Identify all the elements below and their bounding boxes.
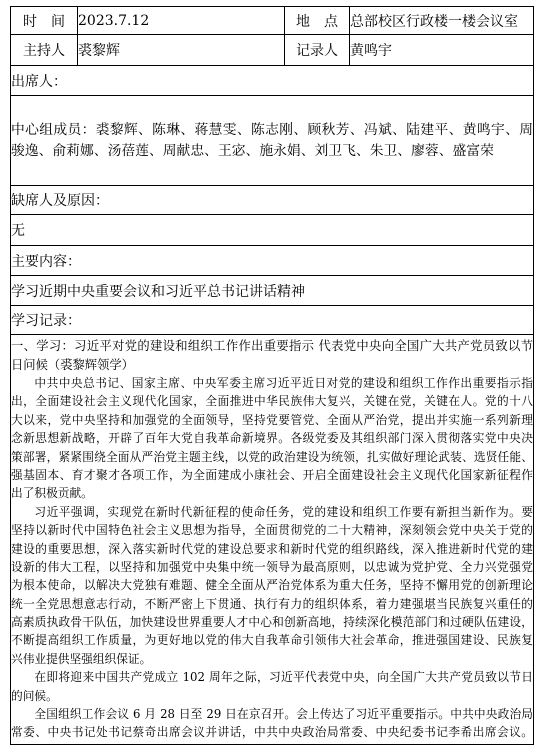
attendees-label: 出席人： <box>11 66 534 96</box>
row-absentees-value: 无 <box>11 215 534 246</box>
row-host-recorder: 主持人 裘黎辉 记录人 黄鸣宇 <box>11 35 534 66</box>
host-label: 主持人 <box>11 35 78 66</box>
record-line: 坚持以新时代中国特色社会主义思想为指导，全面贯彻党的二十大精神，深刻领会党中央关… <box>11 521 533 539</box>
row-main-content-value: 学习近期中央重要会议和习近平总书记讲话精神 <box>11 276 534 306</box>
record-line: 的问候。 <box>11 687 533 705</box>
record-paragraph: 习近平强调，实现党在新时代新征程的使命任务，党的建设和组织工作要有新担当新作为。… <box>11 503 533 669</box>
absentees-value: 无 <box>11 215 534 246</box>
row-study-record: 一、学习：习近平对党的建设和组织工作作出重要指示 代表党中央向全国广大共产党员致… <box>11 335 534 745</box>
record-heading: 一、学习：习近平对党的建设和组织工作作出重要指示 代表党中央向全国广大共产党员致… <box>11 337 533 374</box>
record-line: 常委、中央书记处书记蔡奇出席会议并讲话，中共中央政治局常委、中央纪委书记李希出席… <box>11 723 533 741</box>
main-content-label: 主要内容： <box>11 246 534 276</box>
location-value: 总部校区行政楼一楼会议室 <box>350 7 534 35</box>
record-paragraph: 在即将迎来中国共产党成立 102 周年之际，习近平代表党中央，向全国广大共产党员… <box>11 668 533 705</box>
attendees-line: 中心组成员：裘黎辉、陈琳、蒋慧雯、陈志刚、顾秋芳、冯斌、陆建平、黄鸣宇、周 <box>11 120 533 141</box>
record-line: 出了积极贡献。 <box>11 484 533 502</box>
meeting-record-table: 时 间 2023.7.12 地 点 总部校区行政楼一楼会议室 主持人 裘黎辉 记… <box>10 6 534 745</box>
record-line: 习近平强调，实现党在新时代新征程的使命任务，党的建设和组织工作要有新担当新作为。… <box>11 503 533 521</box>
record-line: 出，全面建设社会主义现代化国家，全面推进中华民族伟大复兴，关键在党，关键在人。党… <box>11 392 533 410</box>
record-line: 中共中央总书记、国家主席、中央军委主席习近平近日对党的建设和组织工作作出重要指示… <box>11 374 533 392</box>
record-line: 统一全党思想意志行动，不断严密上下贯通、执行有力的组织体系，着力建强堪当民族复兴… <box>11 595 533 613</box>
study-record-label: 学习记录： <box>11 306 534 335</box>
time-value: 2023.7.12 <box>78 7 285 35</box>
record-line: 兴伟业提供坚强组织保证。 <box>11 650 533 668</box>
recorder-label: 记录人 <box>285 35 350 66</box>
recorder-value: 黄鸣宇 <box>350 35 534 66</box>
study-record-body: 一、学习：习近平对党的建设和组织工作作出重要指示 代表党中央向全国广大共产党员致… <box>11 335 534 745</box>
record-line: 为根本使命，以解决大党独有难题、健全全面从严治党体系为重大任务，坚持不懈用党的创… <box>11 576 533 594</box>
record-line: 强基固本、育才聚才各项工作，为全面建成小康社会、开启全面建设社会主义现代化国家新… <box>11 466 533 484</box>
record-line: 在即将迎来中国共产党成立 102 周年之际，习近平代表党中央，向全国广大共产党员… <box>11 668 533 686</box>
attendees-cell: 中心组成员：裘黎辉、陈琳、蒋慧雯、陈志刚、顾秋芳、冯斌、陆建平、黄鸣宇、周 骏逸… <box>11 96 534 186</box>
attendees-line: 骏逸、俞莉娜、汤蓓莲、周献忠、王宓、施永娟、刘卫飞、朱卫、廖蓉、盛富荣 <box>11 141 533 162</box>
record-line: 不断提高组织工作质量，为更好地以党的伟大自我革命引领伟大社会革命，推进强国建设、… <box>11 631 533 649</box>
time-label: 时 间 <box>11 7 78 35</box>
record-line: 建设的重要思想，深入落实新时代党的建设总要求和新时代党的组织路线，深入推进新时代… <box>11 540 533 558</box>
record-line: 日问候（裘黎辉领学） <box>11 356 533 374</box>
row-attendees-label: 出席人： <box>11 66 534 96</box>
absentees-label: 缺席人及原因： <box>11 186 534 215</box>
location-label: 地 点 <box>285 7 350 35</box>
record-line: 念新思想新战略，开辟了百年大党自我革命新境界。各级党委及其组织部门深入贯彻落实党… <box>11 429 533 447</box>
host-value: 裘黎辉 <box>78 35 285 66</box>
row-attendees: 中心组成员：裘黎辉、陈琳、蒋慧雯、陈志刚、顾秋芳、冯斌、陆建平、黄鸣宇、周 骏逸… <box>11 96 534 186</box>
row-study-record-label: 学习记录： <box>11 306 534 335</box>
record-line: 高素质执政骨干队伍，加快建设世界重要人才中心和创新高地，持续深化模范部门和过硬队… <box>11 613 533 631</box>
record-paragraph: 中共中央总书记、国家主席、中央军委主席习近平近日对党的建设和组织工作作出重要指示… <box>11 374 533 503</box>
record-line: 策部署，紧紧围绕全面从严治党主题主线，以党的政治建设为统领，扎实做好理论武装、选… <box>11 448 533 466</box>
record-paragraph: 全国组织工作会议 6 月 28 日至 29 日在京召开。会上传达了习近平重要指示… <box>11 705 533 742</box>
record-line: 大以来，党中央坚持和加强党的全面领导，坚持党要管党、全面从严治党，提出并实施一系… <box>11 411 533 429</box>
record-line: 一、学习：习近平对党的建设和组织工作作出重要指示 代表党中央向全国广大共产党员致… <box>11 337 533 355</box>
row-time-location: 时 间 2023.7.12 地 点 总部校区行政楼一楼会议室 <box>11 7 534 35</box>
record-line: 全国组织工作会议 6 月 28 日至 29 日在京召开。会上传达了习近平重要指示… <box>11 705 533 723</box>
row-main-content-label: 主要内容： <box>11 246 534 276</box>
record-line: 设新的伟大工程，以坚持和加强党中央集中统一领导为最高原则，以忠诚为党护党、全力兴… <box>11 558 533 576</box>
main-content-value: 学习近期中央重要会议和习近平总书记讲话精神 <box>11 276 534 306</box>
row-absentees-label: 缺席人及原因： <box>11 186 534 215</box>
